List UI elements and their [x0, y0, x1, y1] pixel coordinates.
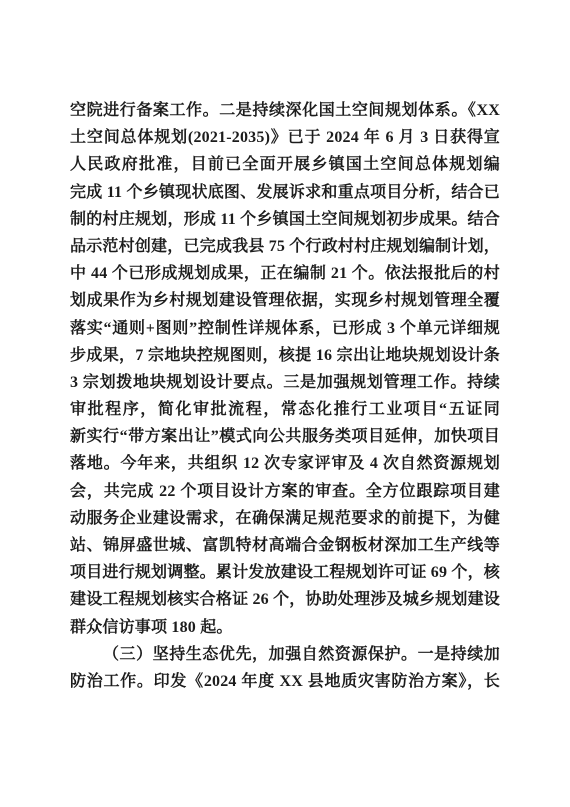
text-line: 完成 11 个乡镇现状底图、发展诉求和重点项目分析，结合已编 [70, 179, 500, 206]
text-line: （三）坚持生态优先，加强自然资源保护。一是持续加强地灾 [70, 641, 500, 668]
text-line: 动服务企业建设需求，在确保满足规范要求的前提下，为健康驿 [70, 505, 500, 532]
text-line: 制的村庄规划，形成 11 个乡镇国土空间规划初步成果。结合精 [70, 206, 500, 233]
document-page: 空院进行备案工作。二是持续深化国土空间规划体系。《XX 县国土空间总体规划(20… [0, 0, 570, 807]
text-line: 品示范村创建，已完成我县 75 个行政村村庄规划编制计划，其 [70, 233, 500, 260]
text-line: 群众信访事项 180 起。 [70, 614, 500, 641]
text-line: 防治工作。印发《2024 年度 XX 县地质灾害防治方案》，长安、伏 [70, 668, 500, 695]
text-line: 3 宗划拨地块规划设计要点。三是加强规划管理工作。持续规范 [70, 369, 500, 396]
text-line: 审批程序，简化审批流程，常态化推行工业项目“五证同发”，创 [70, 396, 500, 423]
text-line: 新实行“带方案出让”模式向公共服务类项目延伸，加快项目高效 [70, 423, 500, 450]
text-line: 会，共完成 22 个项目设计方案的审查。全方位跟踪项目建设，主 [70, 478, 500, 505]
text-line: 土空间总体规划(2021-2035)》已于 2024 年 6 月 3 日获得宣城… [70, 124, 500, 151]
text-line: 人民政府批准，目前已全面开展乡镇国土空间总体规划编制，已 [70, 151, 500, 178]
text-line: 空院进行备案工作。二是持续深化国土空间规划体系。《XX 县国 [70, 97, 500, 124]
text-line: 划成果作为乡村规划建设管理依据，实现乡村规划管理全覆盖。 [70, 287, 500, 314]
text-line: 落实“通则+图则”控制性详规体系，已形成 3 个单元详细规划初 [70, 315, 500, 342]
text-line: 项目进行规划调整。累计发放建设工程规划许可证 69 个，核发 [70, 559, 500, 586]
text-line: 中 44 个已形成规划成果，正在编制 21 个。依法报批后的村庄规 [70, 260, 500, 287]
text-line: 站、锦屏盛世城、富凯特材高端合金钢板材深加工生产线等 7 个 [70, 532, 500, 559]
text-lines: 空院进行备案工作。二是持续深化国土空间规划体系。《XX 县国土空间总体规划(20… [70, 97, 500, 695]
text-line: 建设工程规划核实合格证 26 个，协助处理涉及城乡规划建设的 [70, 586, 500, 613]
text-line: 落地。今年来，共组织 12 次专家评审及 4 次自然资源规划委员 [70, 450, 500, 477]
text-line: 步成果，7 宗地块控规图则，核提 16 宗出让地块规划设计条件、 [70, 342, 500, 369]
